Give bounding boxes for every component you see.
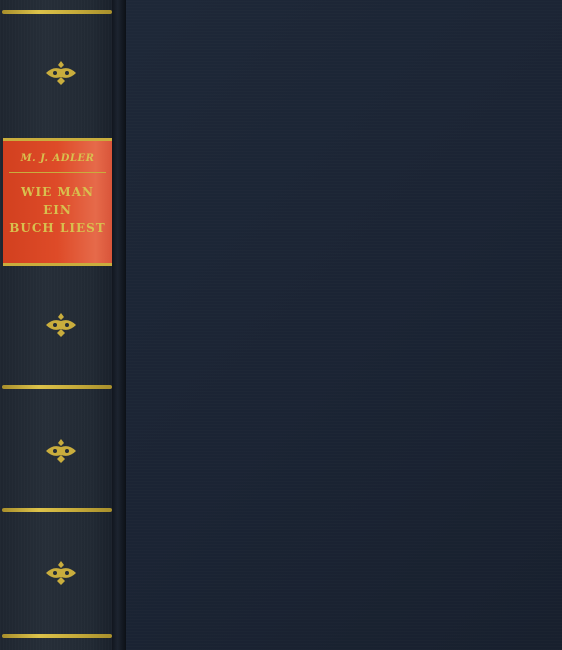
- gilt-ornament-icon: [44, 312, 78, 338]
- title-label: M. J. ADLER WIE MAN EIN BUCH LIEST: [3, 138, 112, 266]
- front-cover: [126, 0, 562, 650]
- author-name: M. J. ADLER: [3, 153, 112, 164]
- gilt-ornament-icon: [44, 60, 78, 86]
- gilt-band: [2, 385, 112, 389]
- gilt-band: [2, 508, 112, 512]
- gilt-band-bottom: [2, 634, 112, 638]
- book-spine: M. J. ADLER WIE MAN EIN BUCH LIEST: [0, 0, 112, 650]
- gilt-band-top: [2, 10, 112, 14]
- label-divider: [9, 172, 106, 173]
- book-title: WIE MAN EIN BUCH LIEST: [3, 183, 112, 237]
- spine-hinge: [112, 0, 126, 650]
- gilt-ornament-icon: [44, 438, 78, 464]
- book-photo: M. J. ADLER WIE MAN EIN BUCH LIEST: [0, 0, 562, 650]
- gilt-ornament-icon: [44, 560, 78, 586]
